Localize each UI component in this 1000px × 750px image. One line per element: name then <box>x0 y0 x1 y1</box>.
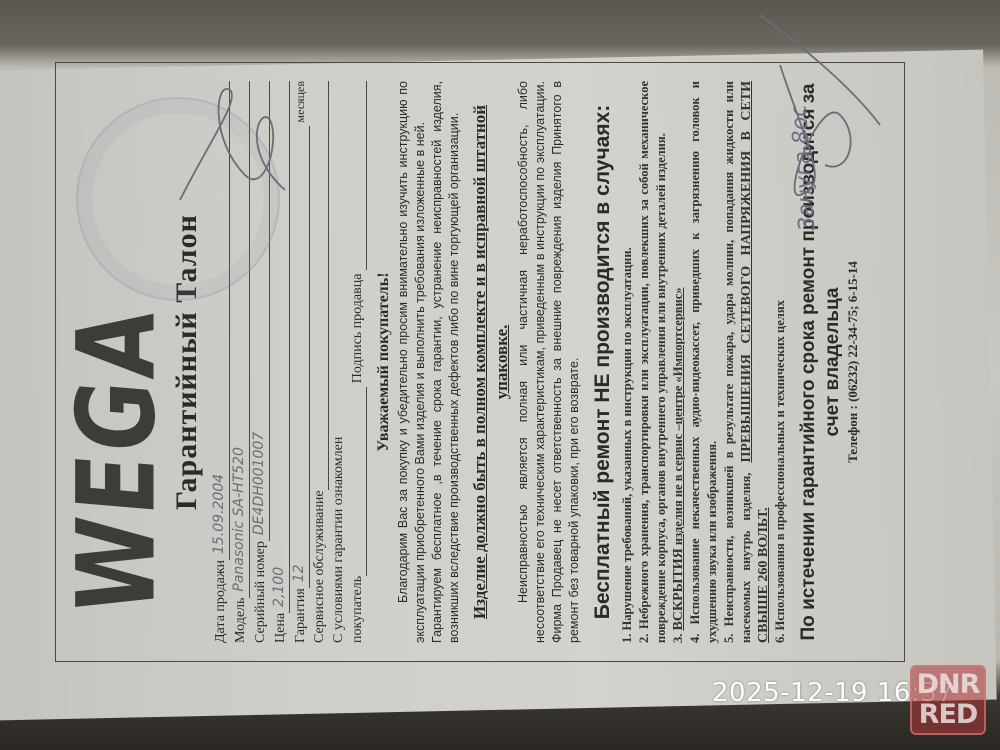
service-value <box>311 81 329 490</box>
signature-scribble-icon <box>170 80 290 210</box>
condition-paragraph: Неисправностью является полная или части… <box>515 81 583 643</box>
field-acknowledged: С условиями гарантии ознакомлен <box>329 81 348 643</box>
warranty-value: 12 <box>290 126 310 588</box>
signature-scribble-icon <box>740 5 890 205</box>
seller-signature-line <box>349 81 367 270</box>
signature-row: покупатель Подпись продавца <box>348 81 367 643</box>
buyer-signature-line <box>349 387 367 576</box>
brand-logo: WEGA <box>63 76 171 617</box>
greeting-heading: Уважаемый покупатель! <box>375 81 393 643</box>
exclusion-item: 4. Использование некачественных аудио-ви… <box>687 81 721 643</box>
exclusion-item: 1. Нарушение требований, указанных в инс… <box>619 81 636 643</box>
exclusion-item: 2. Небрежного хранения, транспортировки … <box>636 81 670 643</box>
exclusions-heading: Бесплатный ремонт НЕ производится в случ… <box>591 81 615 643</box>
watermark-badge: DNR RED <box>910 665 986 735</box>
field-service: Сервисное обслуживание <box>310 81 329 643</box>
intro-paragraph: Благодарим Вас за покупку и убедительно … <box>395 81 429 643</box>
condition-heading: Изделие должно быть в полном комплекте и… <box>469 81 513 643</box>
field-warranty: Гарантия 12 месяцев <box>290 81 310 643</box>
guarantee-paragraph: Гарантируем бесплатное ,в течение срока … <box>429 81 463 643</box>
exclusion-item: 3. ВСКРЫТИЯ изделия не в сервис –центре … <box>670 81 687 643</box>
